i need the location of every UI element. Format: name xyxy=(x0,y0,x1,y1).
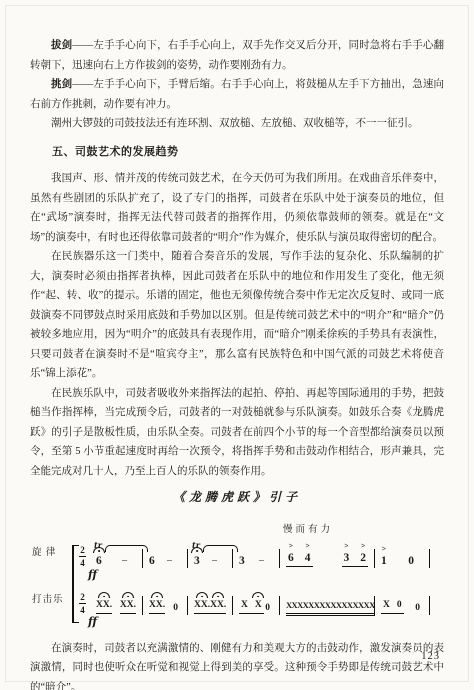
accent-mark: > xyxy=(361,542,365,549)
score-title: 《龙腾虎跃》引子 xyxy=(30,488,444,508)
percussion-measure-1: XX. XX. xyxy=(91,600,141,614)
note: >1 xyxy=(381,555,387,567)
paragraph-ba-jian: 拔剑——左手手心向下，右手手心向上，双手先作交叉后分开，同时急将右手手心翻转朝下… xyxy=(30,36,444,75)
time-signature: 24 xyxy=(79,593,86,615)
tempo-marking: 慢而有力 xyxy=(283,521,333,541)
music-score: 旋 律 24 tr 6 – 6 – tr 3 – 3 – xyxy=(32,517,444,633)
stroke: X xyxy=(255,600,262,611)
stroke: X xyxy=(241,600,248,611)
stroke-group: XX. xyxy=(194,600,210,614)
term-tiao-jian: 挑剑 xyxy=(51,79,72,90)
sustain-dash: – xyxy=(259,555,264,567)
section-heading: 五、司鼓艺术的发展趋势 xyxy=(30,143,444,163)
note: >3 xyxy=(344,552,350,564)
barline xyxy=(429,549,430,568)
stroke: X xyxy=(383,600,390,611)
barline xyxy=(187,549,188,568)
accent-mark: > xyxy=(382,545,386,552)
sustain-dash: – xyxy=(167,555,172,567)
melody-label: 旋 律 xyxy=(32,544,66,564)
percussion-measure-4: X X 0 xyxy=(234,600,278,614)
paragraph-text: ——左手手心向下，手臂后缩。右手手心向上，将鼓槌从左手下方抽出，急速向右前方作挑… xyxy=(30,79,444,110)
rest: 0 xyxy=(397,600,402,611)
term-ba-jian: 拔剑 xyxy=(51,40,72,51)
time-sig-bottom: 4 xyxy=(80,559,85,568)
rest: 0 xyxy=(408,555,414,567)
melody-measure-6: >1 0 xyxy=(376,555,428,567)
paragraph-chaozhou: 潮州大锣鼓的司鼓技法还有连环割、双放槌、左放槌、双收槌等，不一一征引。 xyxy=(30,114,444,134)
beamed-group: >3 >2 xyxy=(342,552,369,567)
stroke-group: XX. xyxy=(210,600,226,614)
barline xyxy=(232,549,233,568)
note: 3 xyxy=(239,555,245,567)
accent-mark: > xyxy=(305,542,309,549)
paragraph-tiao-jian: 挑剑——左手手心向下，手臂后缩。右手手心向上，将鼓槌从左手下方抽出，急速向右前方… xyxy=(30,75,444,114)
sixteenth-group: XXXXXXXX xyxy=(286,600,330,614)
rest: 0 xyxy=(173,603,178,614)
barline xyxy=(374,549,375,568)
note: >4 xyxy=(305,552,311,564)
note: 6 xyxy=(149,555,155,567)
percussion-staff: 打击乐 24 XX. XX. XX. 0 XX. XX. X X xyxy=(32,582,444,614)
rest: 0 xyxy=(415,603,420,614)
dynamic-ff-melody: ff xyxy=(88,569,444,582)
time-signature: 24 xyxy=(79,546,86,568)
time-sig-top: 2 xyxy=(80,593,85,602)
barline xyxy=(279,596,280,615)
melody-measure-2: 6 – xyxy=(144,555,186,567)
barline xyxy=(374,596,375,615)
rest: 0 xyxy=(265,603,270,614)
barline xyxy=(187,596,188,615)
paragraph-tradition: 我国声、形、情并茂的传统司鼓艺术，在今天仍可为我们所用。在戏曲音乐伴奏中，虽然有… xyxy=(30,169,444,247)
note: >6 xyxy=(288,552,294,564)
paragraph-text: ——左手手心向下，右手手心向上，双手先作交叉后分开，同时急将右手手心翻转朝下，迅… xyxy=(30,40,444,71)
barline xyxy=(142,596,143,615)
sustain-dash: – xyxy=(212,555,217,567)
system-bracket xyxy=(72,545,79,623)
accent-mark: > xyxy=(344,542,348,549)
barline xyxy=(142,549,143,568)
stroke-group: XX. xyxy=(149,600,165,614)
page-number: 123 xyxy=(421,647,440,667)
note: 3 xyxy=(194,555,200,567)
percussion-measure-3: XX. XX. xyxy=(189,600,231,614)
note: 6 xyxy=(96,555,102,567)
stroke-group: XX. xyxy=(120,600,136,614)
barline xyxy=(279,549,280,568)
barline xyxy=(232,596,233,615)
accent-mark: > xyxy=(289,542,293,549)
sixteenth-group: XXXXXXXX xyxy=(330,600,374,614)
sustain-dash: – xyxy=(122,555,127,567)
percussion-measure-6: X 0 0 xyxy=(376,600,428,614)
beamed-group: X 0 xyxy=(381,600,404,614)
paragraph-performance: 在演奏时，司鼓者以充满激情的、刚健有力和美观大方的击鼓动作，激发演奏员的表演激情… xyxy=(30,639,444,690)
stroke-group: XX. xyxy=(96,600,112,614)
percussion-measure-5: XXXXXXXX XXXXXXXX xyxy=(281,600,373,614)
dynamic-ff-percussion: ff xyxy=(88,616,444,629)
percussion-label: 打击乐 xyxy=(32,591,66,611)
percussion-measure-2: XX. 0 xyxy=(144,600,186,614)
paragraph-folk-orchestra: 在民族乐队中，司鼓者吸收外来指挥法的起拍、停拍、再起等国际通用的手势，把鼓槌当作… xyxy=(30,384,444,482)
beamed-group: >6 >4 xyxy=(286,552,313,567)
time-sig-top: 2 xyxy=(80,546,85,555)
melody-staff: 旋 律 24 tr 6 – 6 – tr 3 – 3 – xyxy=(32,517,444,567)
melody-measure-1: tr 6 – xyxy=(91,555,141,567)
time-sig-bottom: 4 xyxy=(80,606,85,615)
melody-measure-5: 慢而有力 >6 >4 >3 >2 xyxy=(281,552,373,567)
note: >2 xyxy=(360,552,366,564)
melody-measure-3: tr 3 – xyxy=(189,555,231,567)
barline xyxy=(429,596,430,615)
melody-measure-4: 3 – xyxy=(234,555,278,567)
paragraph-folk-instrumental: 在民族器乐这一门类中，随着合奏音乐的发展，写作手法的复杂化、乐队编制的扩大，演奏… xyxy=(30,247,444,384)
beamed-group: X X xyxy=(239,600,264,614)
book-page: 拔剑——左手手心向下，右手手心向上，双手先作交叉后分开，同时急将右手手心翻转朝下… xyxy=(30,36,444,676)
